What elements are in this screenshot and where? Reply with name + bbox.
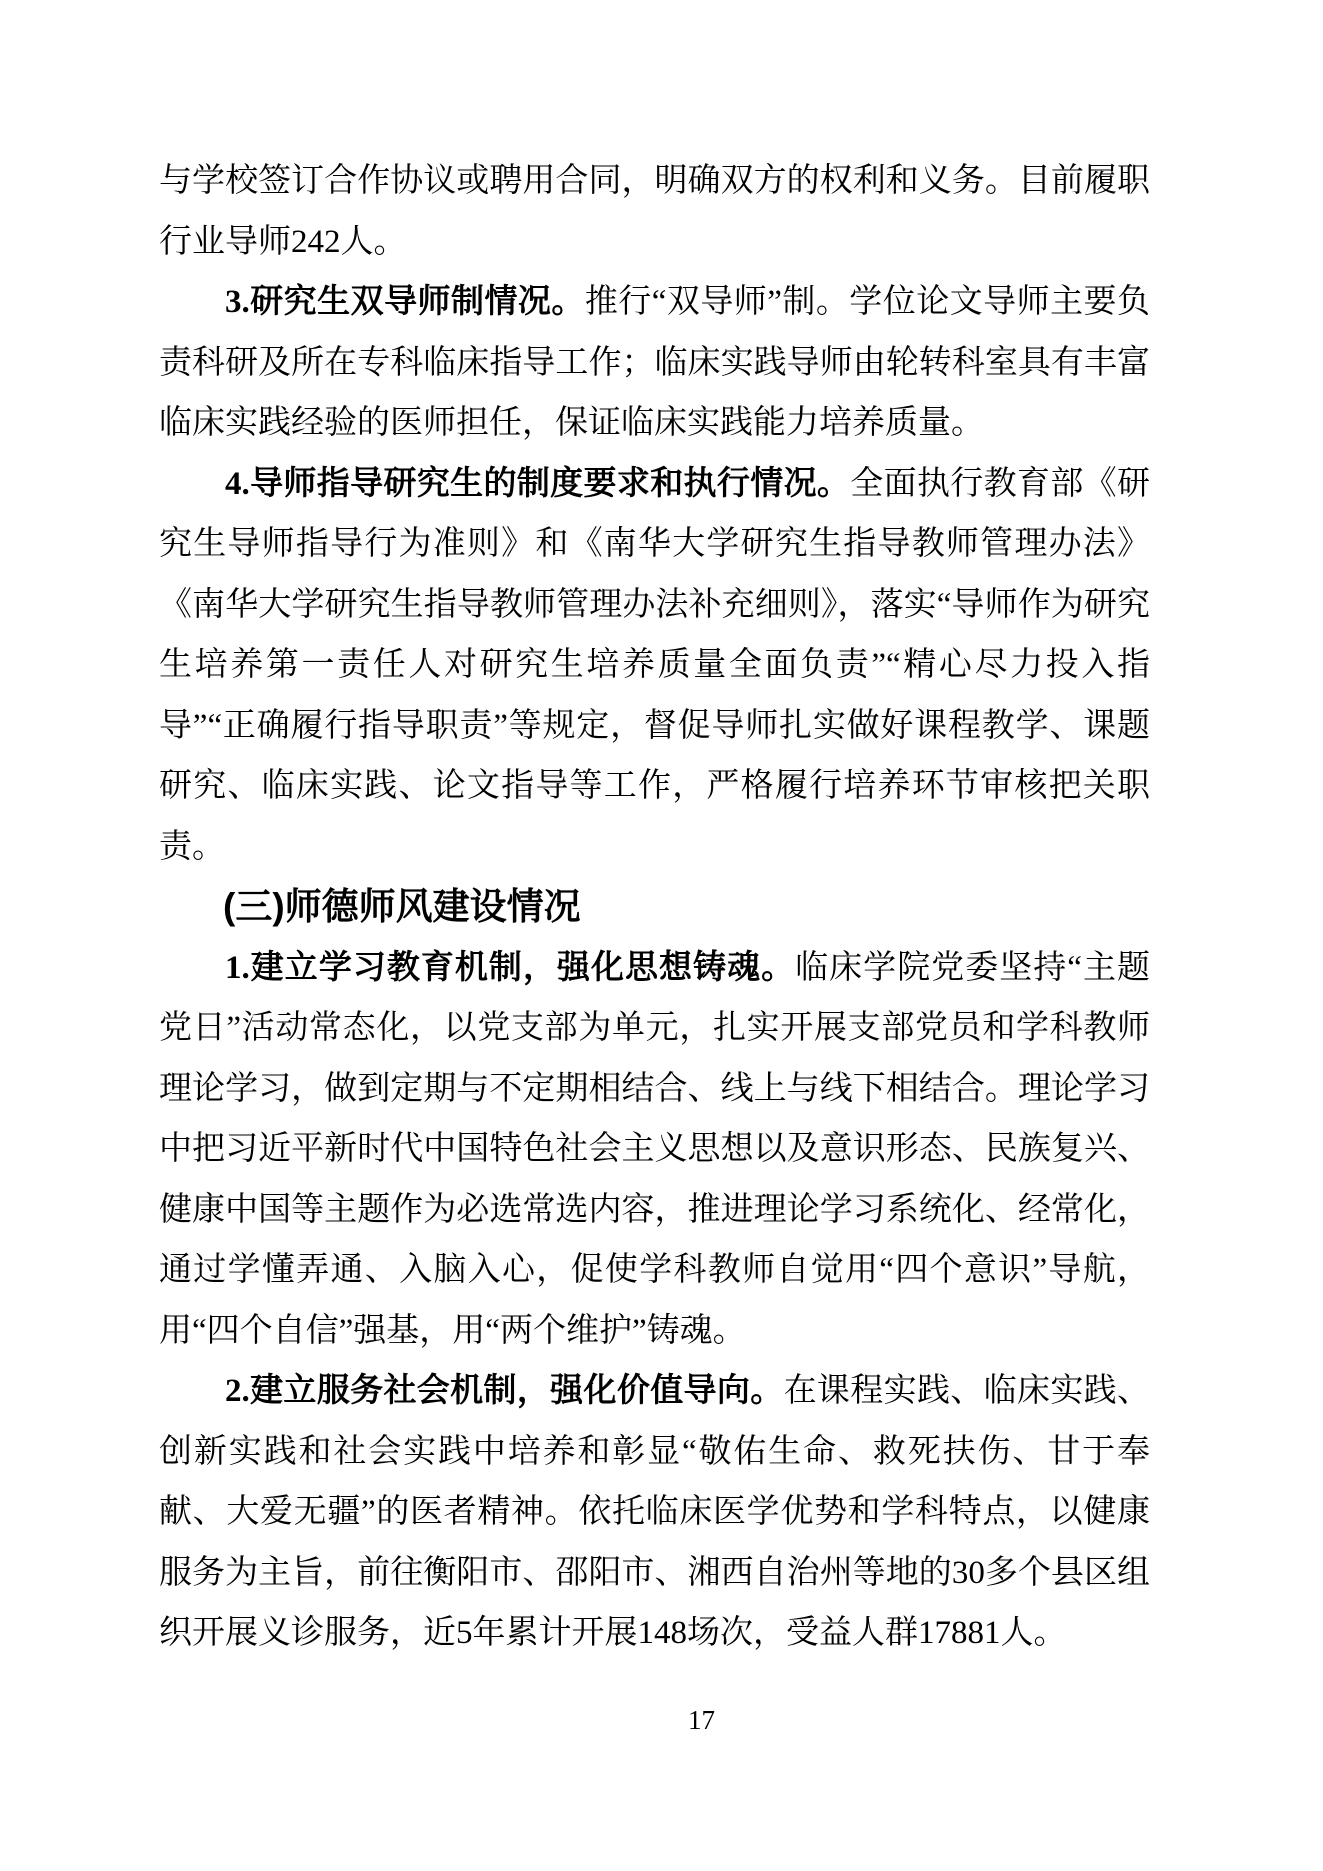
paragraph-lead-bold: 4.导师指导研究生的制度要求和执行情况。 [225,466,850,502]
paragraph-lead-bold: 2.建立服务社会机制，强化价值导向。 [225,1373,784,1409]
section-heading: (三)师德师风建设情况 [159,877,1150,938]
page-number: 17 [688,1705,715,1735]
paragraph-text: 临床学院党委坚持“主题党日”活动常态化，以党支部为单元，扎实开展支部党员和学科教… [159,950,1150,1349]
paragraph: 3.研究生双导师制情况。推行“双导师”制。学位论文导师主要负责科研及所在专科临床… [159,272,1150,454]
page-body-text: 与学校签订合作协议或聘用合同，明确双方的权利和义务。目前履职行业导师242人。 … [159,151,1150,1664]
paragraph: 2.建立服务社会机制，强化价值导向。在课程实践、临床实践、创新实践和社会实践中培… [159,1361,1150,1664]
paragraph: 1.建立学习教育机制，强化思想铸魂。临床学院党委坚持“主题党日”活动常态化，以党… [159,938,1150,1362]
paragraph-text: 在课程实践、临床实践、创新实践和社会实践中培养和彰显“敬佑生命、救死扶伤、甘于奉… [159,1373,1150,1651]
paragraph-continuation: 与学校签订合作协议或聘用合同，明确双方的权利和义务。目前履职行业导师242人。 [159,151,1150,272]
paragraph-text: 全面执行教育部《研究生导师指导行为准则》和《南华大学研究生指导教师管理办法》《南… [159,466,1150,865]
paragraph-text: 与学校签订合作协议或聘用合同，明确双方的权利和义务。目前履职行业导师242人。 [159,163,1150,260]
document-page: 与学校签订合作协议或聘用合同，明确双方的权利和义务。目前履职行业导师242人。 … [0,0,1323,1871]
paragraph-lead-bold: 3.研究生双导师制情况。 [225,284,585,320]
paragraph-lead-bold: 1.建立学习教育机制，强化思想铸魂。 [225,950,795,986]
paragraph: 4.导师指导研究生的制度要求和执行情况。全面执行教育部《研究生导师指导行为准则》… [159,454,1150,878]
